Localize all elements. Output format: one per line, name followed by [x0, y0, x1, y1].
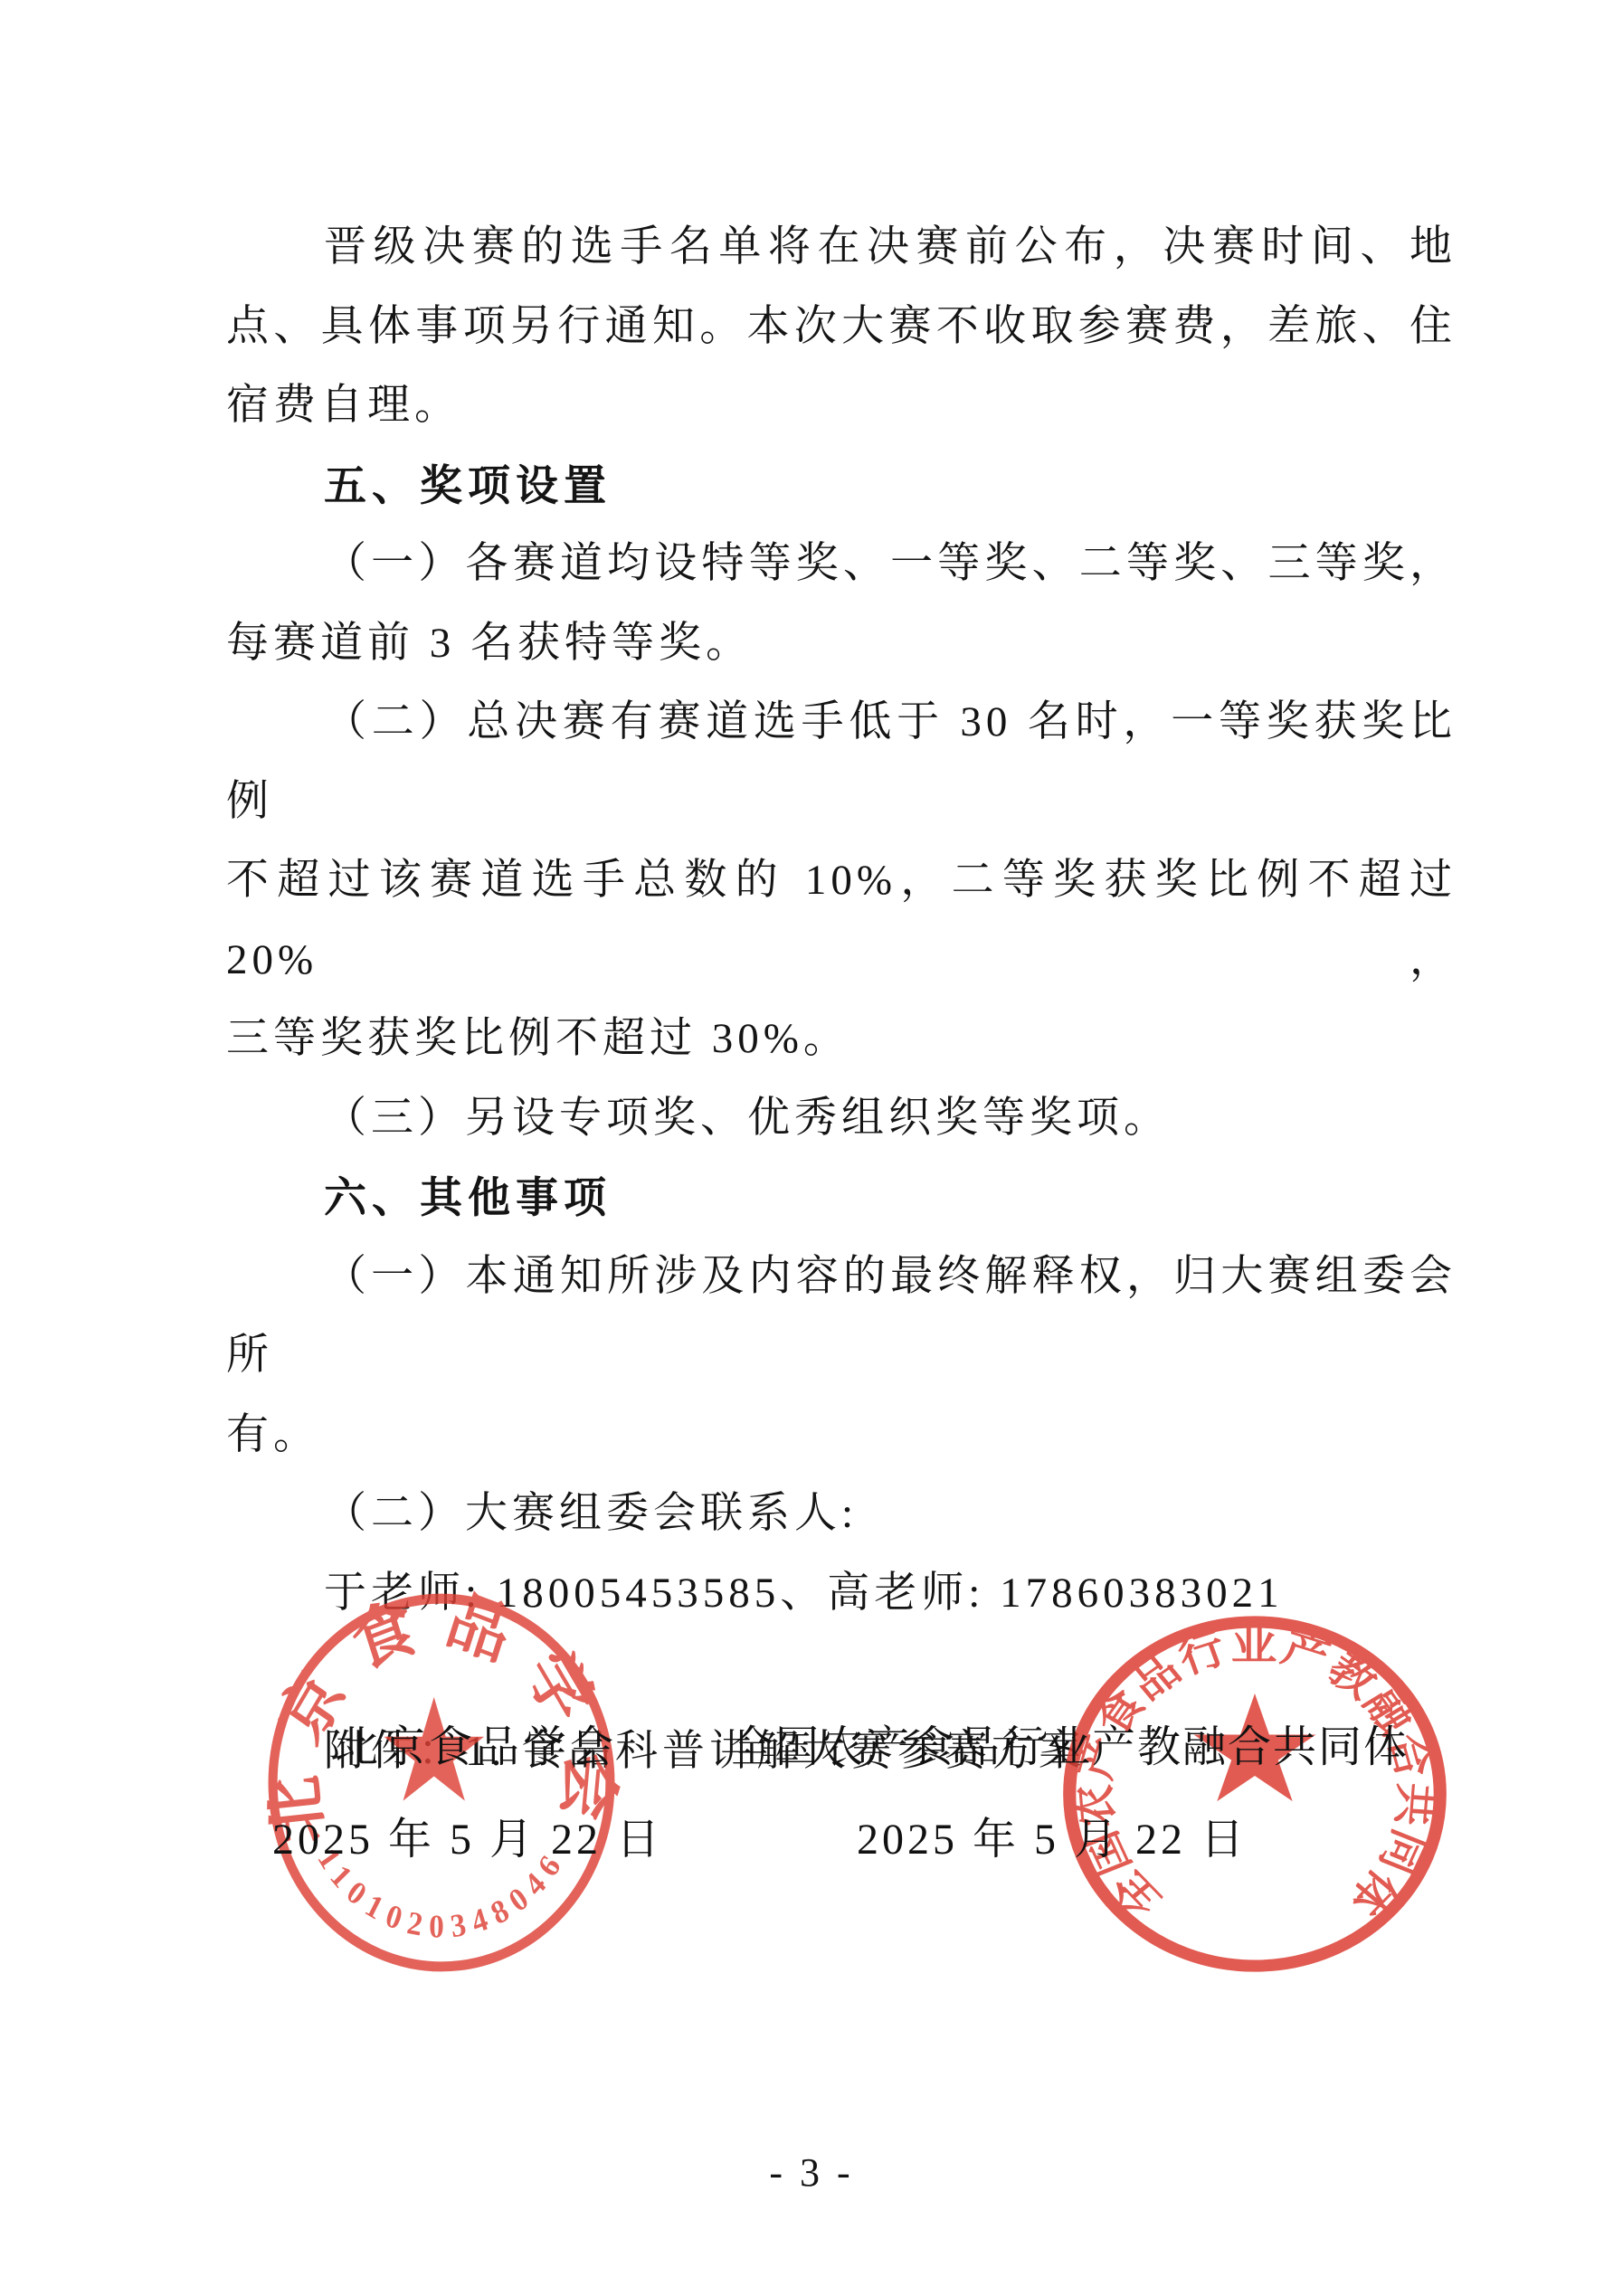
document-page: 晋级决赛的选手名单将在决赛前公布，决赛时间、地 点、具体事项另行通知。本次大赛不… [0, 0, 1623, 2296]
section6-item2: （二）大赛组委会联系人: [226, 1475, 1457, 1554]
signature-date-right: 2025 年 5 月 22 日 [857, 1817, 1248, 1864]
para1-line1: 晋级决赛的选手名单将在决赛前公布，决赛时间、地 [226, 208, 1457, 288]
section5-item1-line1: （一）各赛道均设特等奖、一等奖、二等奖、三等奖， [226, 525, 1457, 604]
section6-item1-line2: 有。 [226, 1396, 1457, 1475]
section6-item1-line1: （一）本通知所涉及内容的最终解释权，归大赛组委会所 [226, 1238, 1457, 1396]
section5-item1-line2: 每赛道前 3 名获特等奖。 [226, 604, 1457, 684]
page-number: - 3 - [769, 2151, 853, 2195]
para1-line2: 点、具体事项另行通知。本次大赛不收取参赛费，差旅、住 [226, 288, 1457, 367]
section5-item3: （三）另设专项奖、优秀组织奖等奖项。 [226, 1079, 1457, 1159]
section5-heading: 五、奖项设置 [226, 446, 1457, 526]
stamp-arc-text: 北京食品学会 [259, 1582, 624, 1846]
section5-item2-line1: （二）总决赛有赛道选手低于 30 名时，一等奖获奖比例 [226, 683, 1457, 841]
para1-line3: 宿费自理。 [226, 366, 1457, 446]
signature-org-left: 北京食品学会 [335, 1724, 617, 1771]
signature-org-right: 全国农产食品行业产教融合共同体 [730, 1724, 1409, 1771]
signature-date-left: 2025 年 5 月 22 日 [272, 1817, 663, 1864]
section5-item2-line3: 三等奖获奖比例不超过 30%。 [226, 1000, 1457, 1079]
seal-stamp-consortium: 全国农产食品行业产教融合共同体 [1053, 1607, 1457, 1981]
section6-heading: 六、其他事项 [226, 1158, 1457, 1238]
seal-stamp-beijing-food-society: 北京食品学会 1101020348046 [258, 1582, 625, 1983]
section5-item2-line2: 不超过该赛道选手总数的 10%，二等奖获奖比例不超过 20%， [226, 841, 1457, 1000]
body-text: 晋级决赛的选手名单将在决赛前公布，决赛时间、地 点、具体事项另行通知。本次大赛不… [226, 208, 1457, 1791]
